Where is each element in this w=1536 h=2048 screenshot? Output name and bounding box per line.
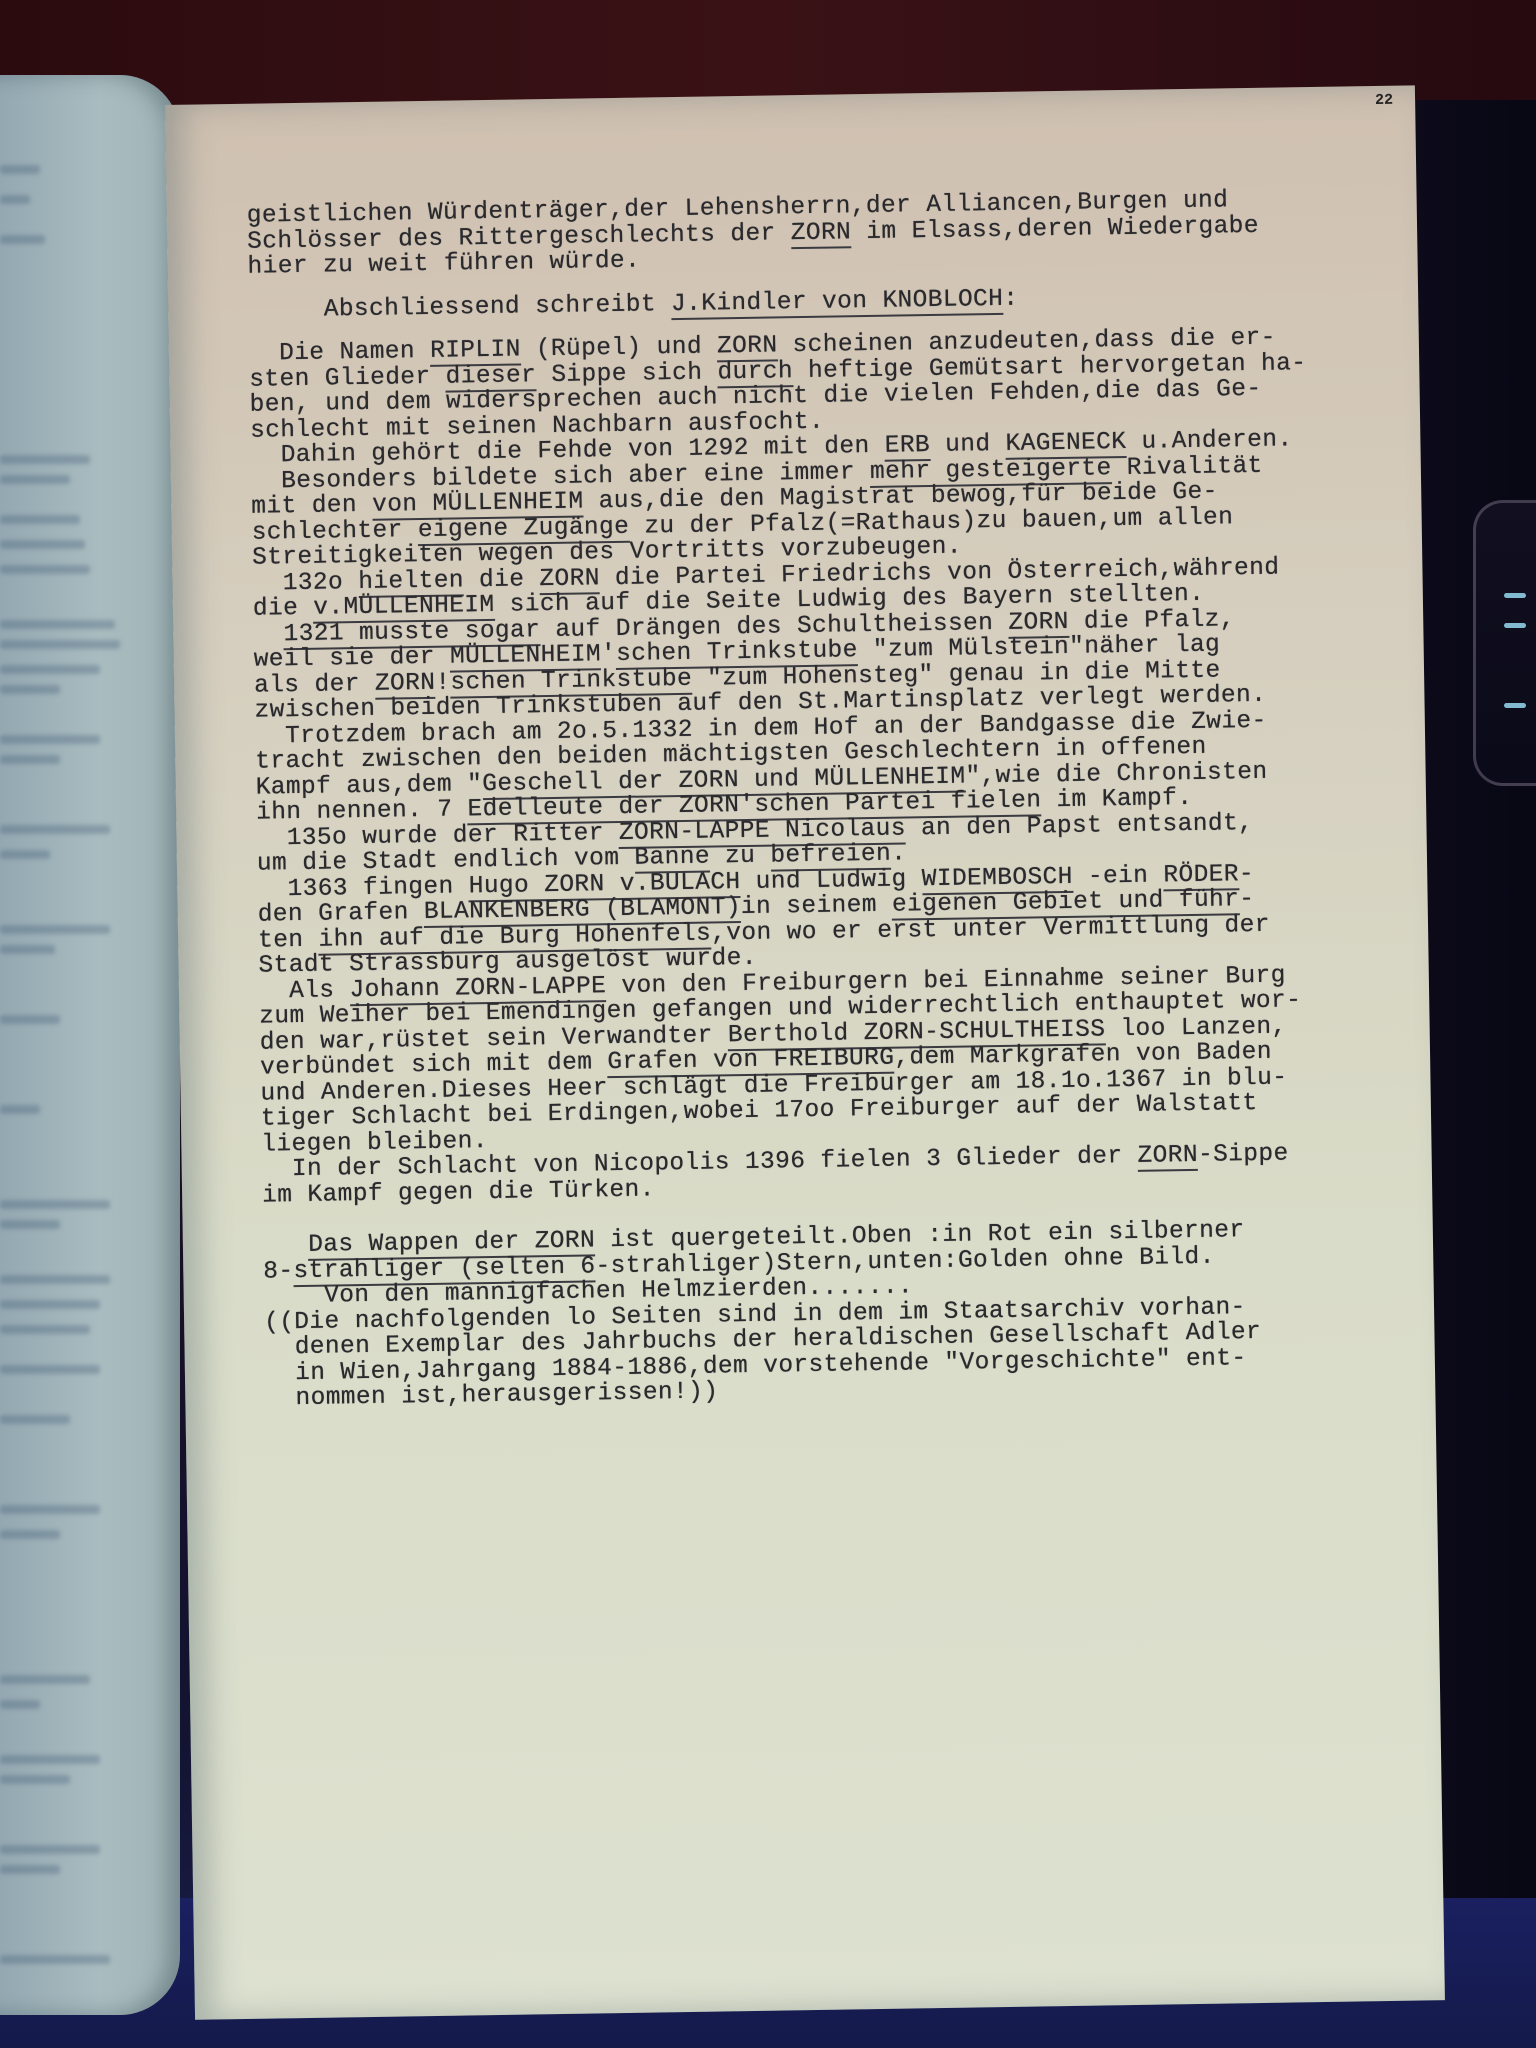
typewritten-page: 22 geistlichen Würdenträger,der Lehenshe… xyxy=(165,85,1445,2019)
underlined-term: ZORN xyxy=(1137,1142,1198,1172)
underlined-term: J.Kindler von KNOBLOCH xyxy=(671,285,1004,319)
document-body: geistlichen Würdenträger,der Lehensherrn… xyxy=(247,186,1386,1412)
page-number: 22 xyxy=(1375,92,1393,109)
left-facing-page xyxy=(0,75,180,2015)
binder-clip xyxy=(1473,500,1536,786)
underlined-term: ZORN xyxy=(791,219,852,249)
